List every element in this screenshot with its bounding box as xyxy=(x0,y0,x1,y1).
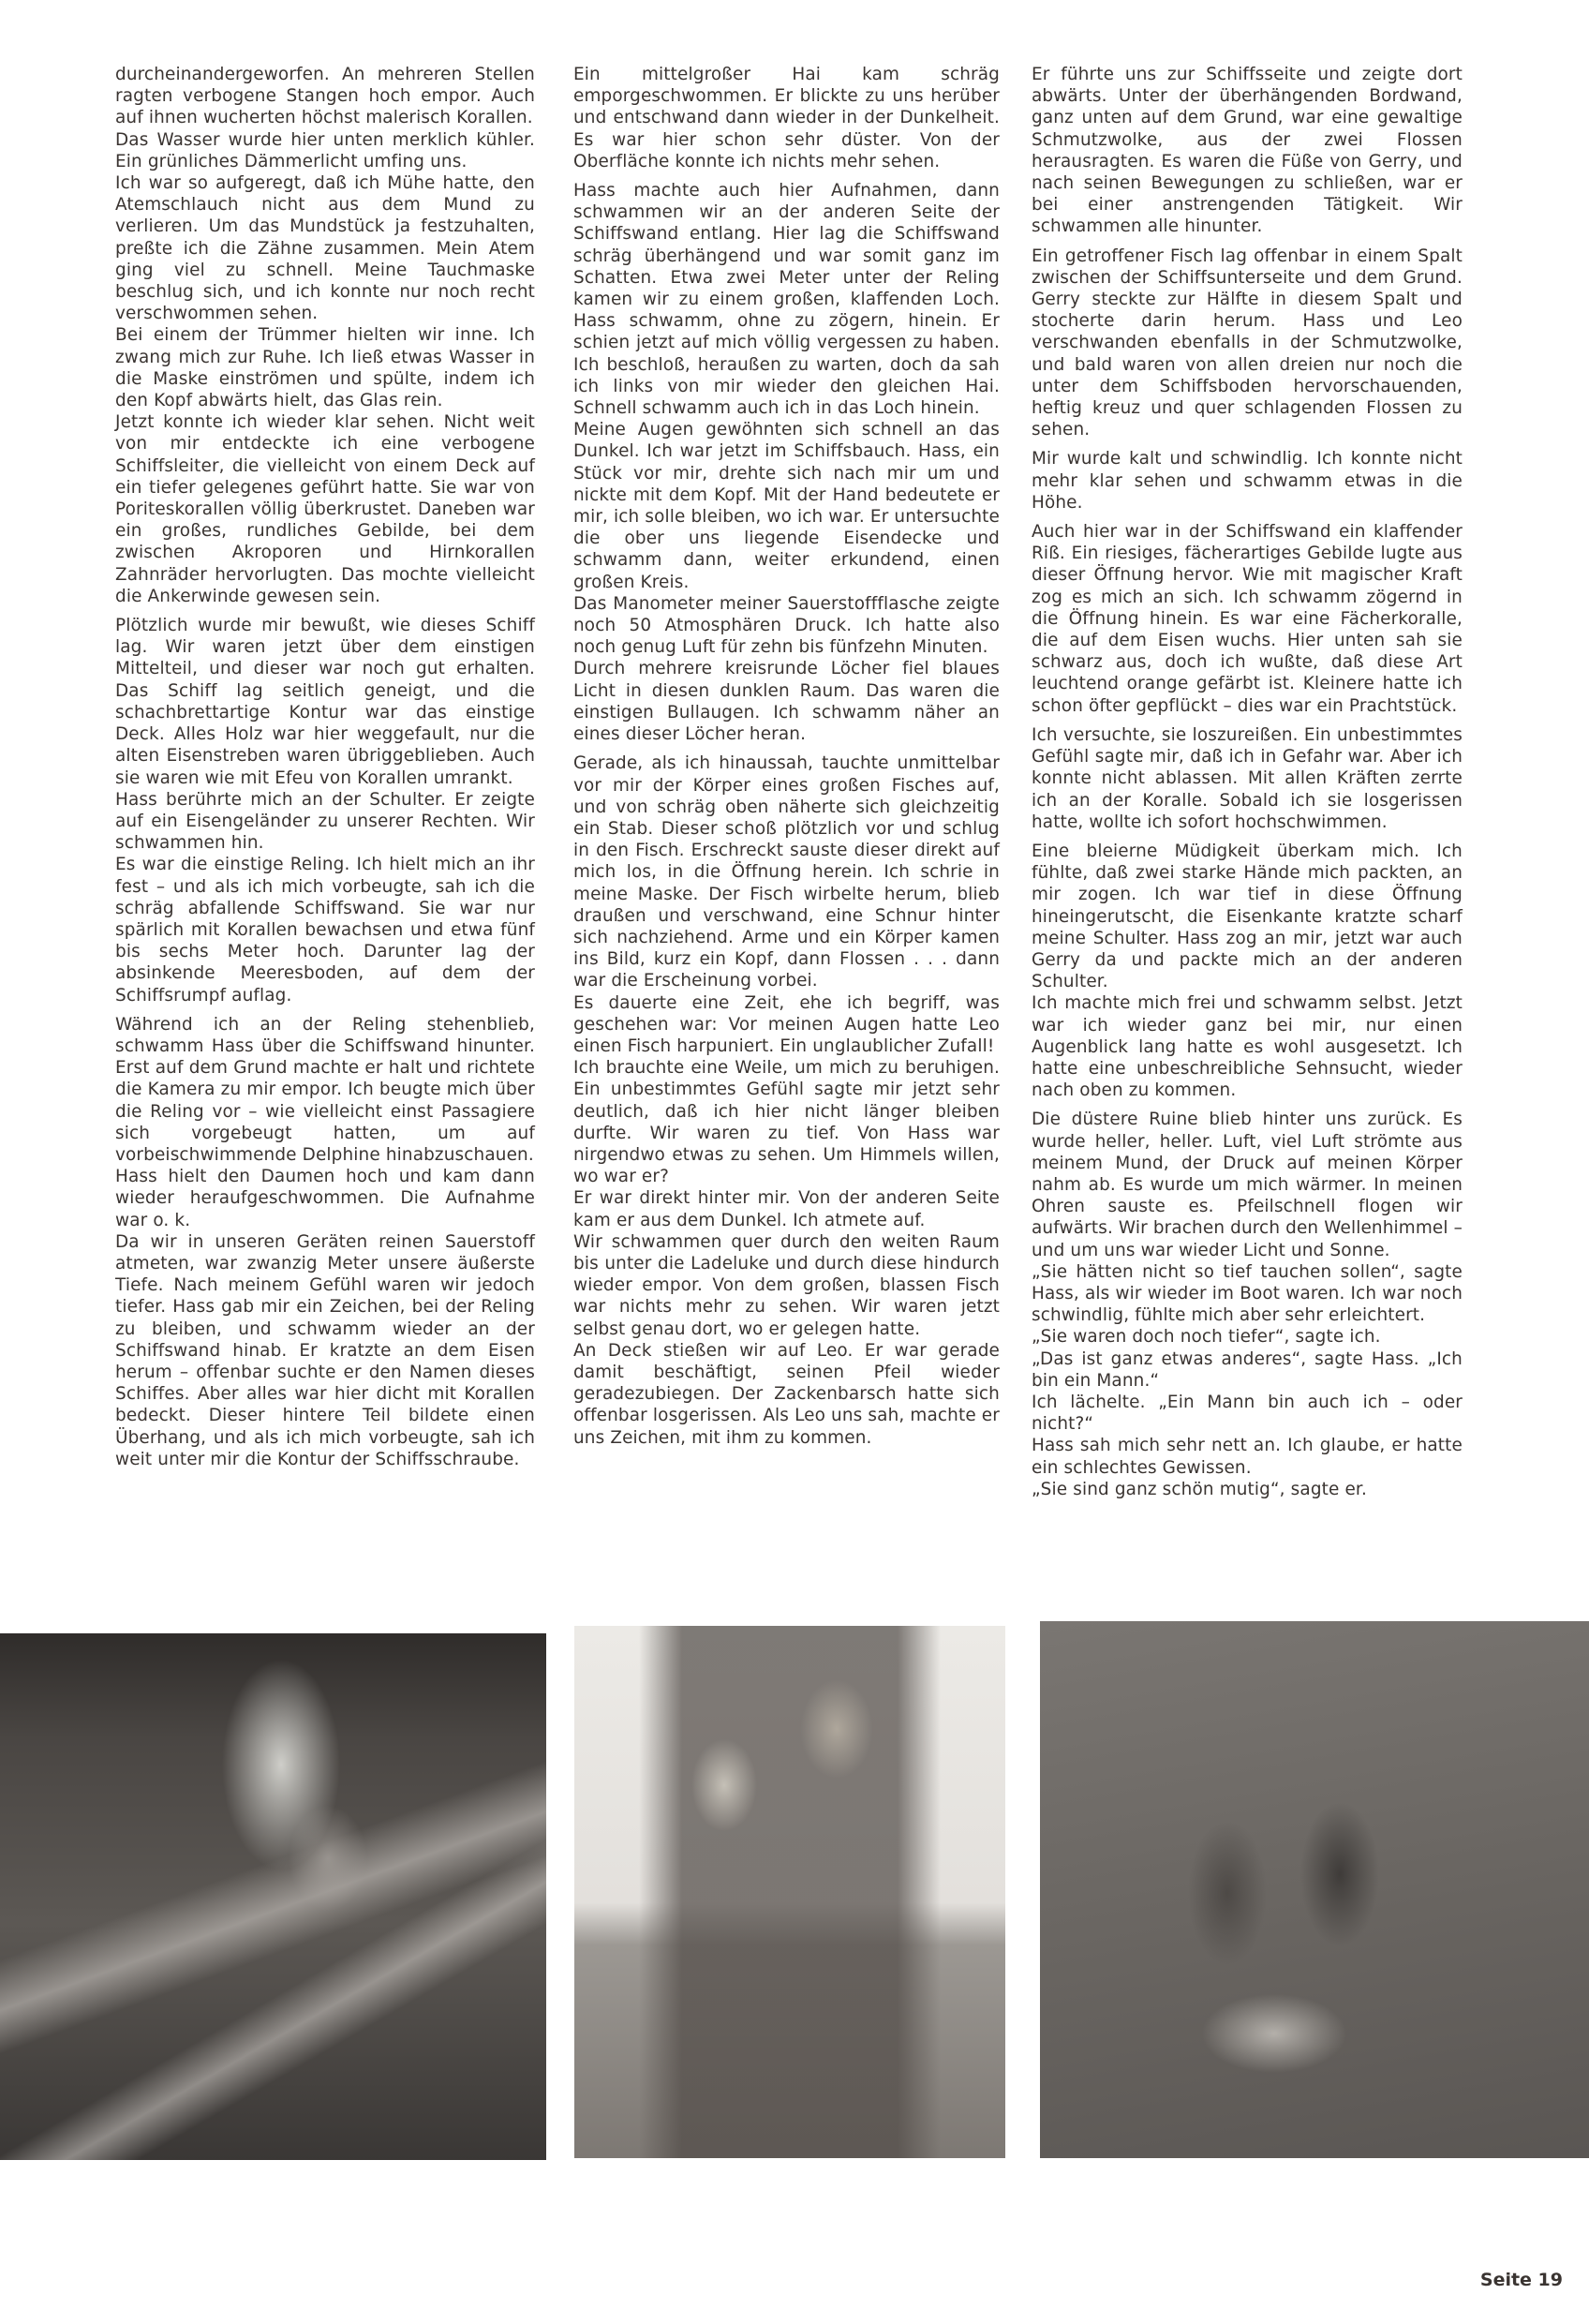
paragraph: Wir schwammen quer durch den weiten Raum… xyxy=(573,1231,1000,1340)
paragraph: „Sie sind ganz schön mutig“, sagte er. xyxy=(1032,1479,1463,1500)
paragraph: Es war die einstige Reling. Ich hielt mi… xyxy=(115,854,535,1006)
paragraph: Es dauerte eine Zeit, ehe ich begriff, w… xyxy=(573,992,1000,1058)
photo-divers-on-deck xyxy=(574,1626,1005,2158)
paragraph: Hass berührte mich an der Schulter. Er z… xyxy=(115,789,535,855)
paragraph: Ich versuchte, sie loszureißen. Ein unbe… xyxy=(1032,724,1463,833)
paragraph: Während ich an der Reling stehenblieb, s… xyxy=(115,1014,535,1166)
paragraph: Das Wasser wurde hier unten merklich küh… xyxy=(115,129,535,172)
paragraph: Ich machte mich frei und schwamm selbst.… xyxy=(1032,992,1463,1101)
paragraph: Hass machte auch hier Aufnahmen, dann sc… xyxy=(573,180,1000,419)
paragraph: Ich war so aufgeregt, daß ich Mühe hatte… xyxy=(115,172,535,324)
paragraph: „Sie waren doch noch tiefer“, sagte ich. xyxy=(1032,1326,1463,1348)
paragraph: Meine Augen gewöhnten sich schnell an da… xyxy=(573,419,1000,593)
paragraph: Hass sah mich sehr nett an. Ich glaube, … xyxy=(1032,1435,1463,1478)
paragraph: Das Manometer meiner Sauerstoffflasche z… xyxy=(573,593,1000,659)
paragraph: Eine bleierne Müdigkeit überkam mich. Ic… xyxy=(1032,841,1463,992)
paragraph: durcheinandergeworfen. An mehreren Stell… xyxy=(115,64,535,129)
paragraph: Ein getroffener Fisch lag offenbar in ei… xyxy=(1032,246,1463,441)
paragraph: Die düstere Ruine blieb hinter uns zurüc… xyxy=(1032,1109,1463,1260)
paragraph: Jetzt konnte ich wieder klar sehen. Nich… xyxy=(115,411,535,607)
paragraph: Ein mittelgroßer Hai kam schräg emporges… xyxy=(573,64,1000,172)
paragraph: Mir wurde kalt und schwindlig. Ich konnt… xyxy=(1032,448,1463,514)
paragraph: Gerade, als ich hinaussah, tauchte unmit… xyxy=(573,752,1000,991)
paragraph: Auch hier war in der Schiffswand ein kla… xyxy=(1032,521,1463,717)
paragraph: Ich lächelte. „Ein Mann bin auch ich – o… xyxy=(1032,1392,1463,1435)
paragraph: „Sie hätten nicht so tief tauchen sollen… xyxy=(1032,1261,1463,1327)
paragraph: Er führte uns zur Schiffsseite und zeigt… xyxy=(1032,64,1463,238)
text-column-2: Ein mittelgroßer Hai kam schräg emporges… xyxy=(573,64,1000,1449)
text-column-1: durcheinandergeworfen. An mehreren Stell… xyxy=(115,64,535,1470)
paragraph: Durch mehrere kreisrunde Löcher fiel bla… xyxy=(573,658,1000,745)
paragraph: Hass hielt den Daumen hoch und kam dann … xyxy=(115,1166,535,1231)
paragraph: Ich brauchte eine Weile, um mich zu beru… xyxy=(573,1057,1000,1187)
paragraph: „Das ist ganz etwas anderes“, sagte Hass… xyxy=(1032,1348,1463,1392)
photo-shipwreck-diver xyxy=(0,1633,546,2160)
paragraph: An Deck stießen wir auf Leo. Er war gera… xyxy=(573,1340,1000,1449)
paragraph: Er war direkt hinter mir. Von der andere… xyxy=(573,1187,1000,1230)
paragraph: Plötzlich wurde mir bewußt, wie dieses S… xyxy=(115,615,535,789)
photo-divers-harpoon-coral xyxy=(1040,1621,1589,2158)
page-number: Seite 19 xyxy=(1480,2270,1563,2290)
paragraph: Bei einem der Trümmer hielten wir inne. … xyxy=(115,324,535,411)
paragraph: Da wir in unseren Geräten reinen Sauerst… xyxy=(115,1231,535,1470)
text-column-3: Er führte uns zur Schiffsseite und zeigt… xyxy=(1032,64,1463,1500)
